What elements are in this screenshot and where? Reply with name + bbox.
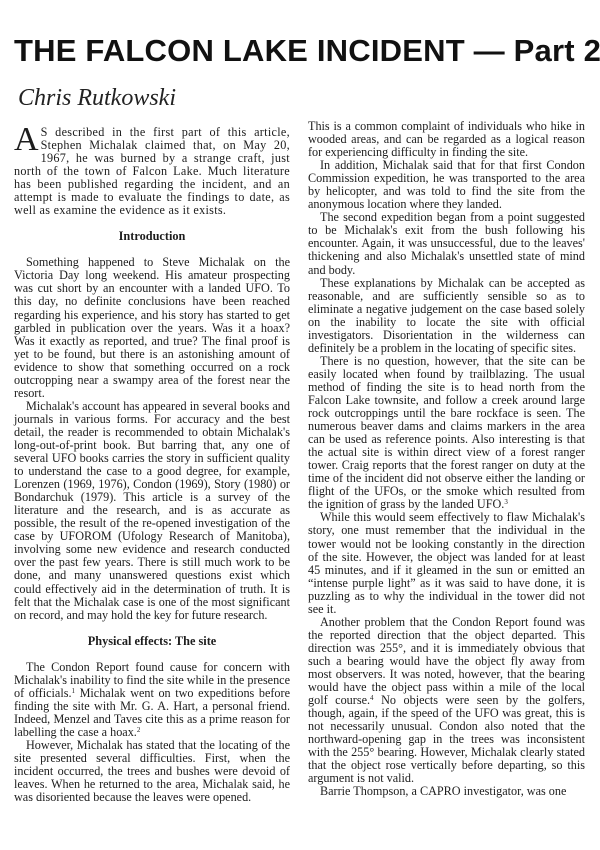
paragraph: Another problem that the Condon Report f…: [308, 616, 585, 786]
paragraph: These explanations by Michalak can be ac…: [308, 277, 585, 355]
section-heading-introduction: Introduction: [14, 230, 290, 243]
left-column: AS described in the first part of this a…: [14, 126, 290, 804]
paragraph: The Condon Report found cause for concer…: [14, 661, 290, 739]
footnote-marker: 4: [370, 694, 374, 702]
continuation-paragraph: This is a common complaint of individual…: [308, 120, 585, 159]
drop-cap: A: [14, 127, 39, 153]
paragraph: However, Michalak has stated that the lo…: [14, 739, 290, 804]
section-heading-physical-effects: Physical effects: The site: [14, 635, 290, 648]
paragraph: The second expedition began from a point…: [308, 211, 585, 276]
paragraph: While this would seem effectively to fla…: [308, 511, 585, 615]
right-column: This is a common complaint of individual…: [308, 120, 585, 798]
paragraph: Barrie Thompson, a CAPRO investigator, w…: [308, 785, 585, 798]
article-title: THE FALCON LAKE INCIDENT — Part 2: [14, 34, 594, 68]
paragraph: Something happened to Steve Michalak on …: [14, 256, 290, 400]
footnote-marker: 3: [504, 498, 508, 506]
paragraph: Michalak's account has appeared in sever…: [14, 400, 290, 622]
paragraph: In addition, Michalak said that for that…: [308, 159, 585, 211]
article-author: Chris Rutkowski: [18, 84, 176, 112]
lead-paragraph: AS described in the first part of this a…: [14, 126, 290, 217]
paragraph: There is no question, however, that the …: [308, 355, 585, 512]
footnote-marker: 2: [137, 726, 141, 734]
